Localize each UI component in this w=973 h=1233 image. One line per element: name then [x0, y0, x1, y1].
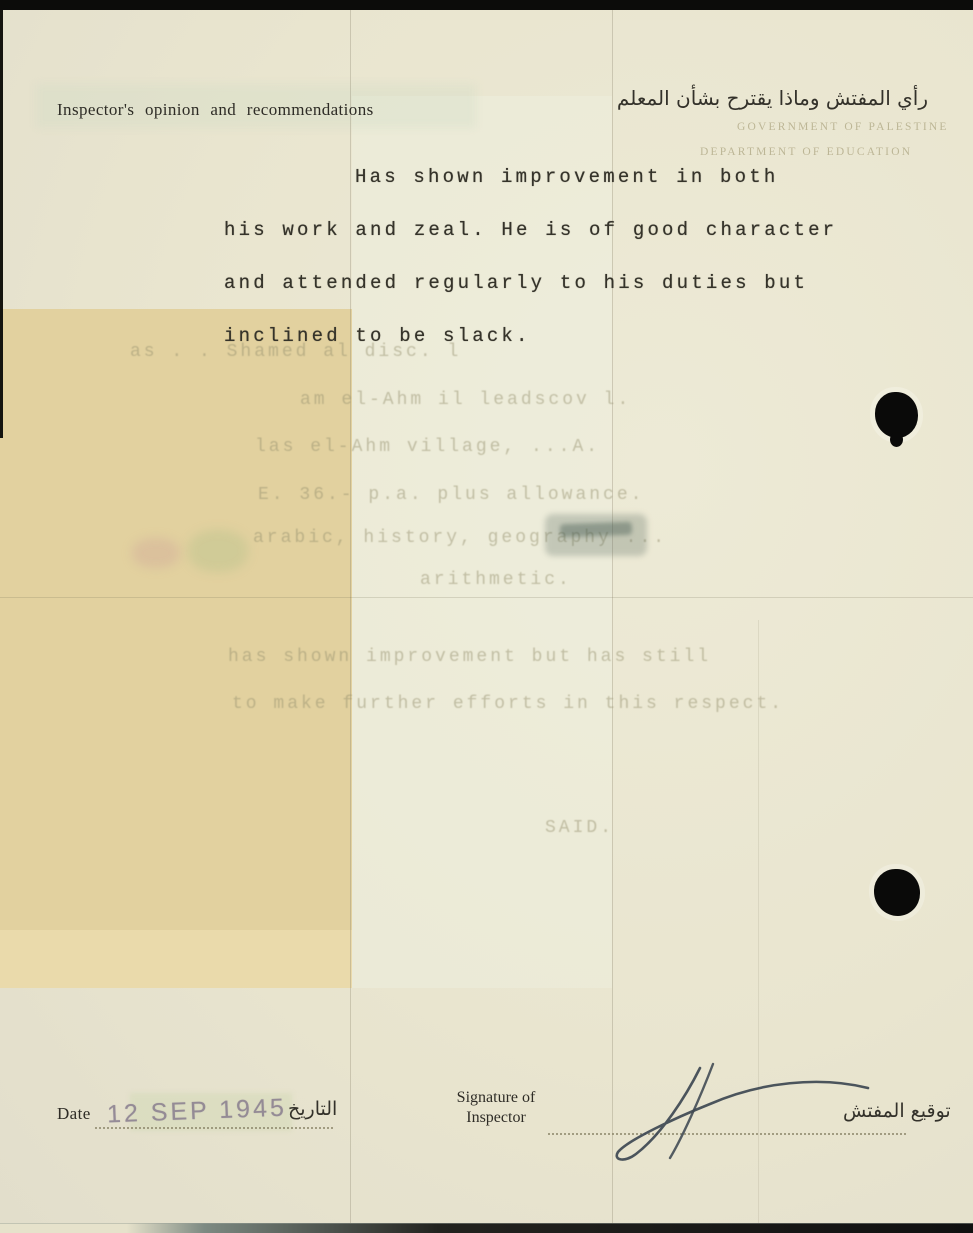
date-label-arabic: التاريخ — [288, 1098, 337, 1120]
stamp-remnant-pink — [132, 538, 180, 568]
ghost-header-line: DEPARTMENT OF EDUCATION — [700, 146, 912, 158]
ghost-text-line: arithmetic. — [420, 570, 572, 590]
ghost-header-line: GOVERNMENT OF PALESTINE — [737, 121, 949, 133]
stamp-remnant-green — [188, 530, 248, 572]
hole-punch-top — [875, 392, 918, 438]
vertical-crease — [350, 10, 351, 1223]
hole-punch-bottom — [874, 869, 920, 916]
section-title-english: Inspector's opinion and recommendations — [57, 100, 374, 120]
ink-smudge-core — [560, 522, 632, 538]
date-label: Date — [57, 1104, 91, 1124]
signature-label: Signature of Inspector — [428, 1088, 564, 1128]
opinion-text-line: inclined to be slack. — [224, 325, 531, 347]
ghost-text-line: am el-Ahm il leadscov l. — [300, 390, 631, 410]
signature-label-line1: Signature of — [428, 1088, 564, 1108]
scan-edge-top — [0, 0, 973, 10]
ghost-text-line: has shown improvement but has still — [228, 647, 711, 667]
horizontal-crease — [0, 597, 973, 598]
signature-label-arabic: توقيع المفتش — [843, 1100, 951, 1122]
opinion-text-line: his work and zeal. He is of good charact… — [224, 219, 837, 241]
ghost-text-line: to make further efforts in this respect. — [232, 694, 784, 714]
section-title-arabic: رأي المفتش وماذا يقترح بشأن المعلم — [617, 86, 928, 110]
signature-label-line2: Inspector — [428, 1108, 564, 1128]
scanned-document-page: GOVERNMENT OF PALESTINEDEPARTMENT OF EDU… — [0, 0, 973, 1233]
ghost-text-line: E. 36.- p.a. plus allowance. — [258, 485, 644, 505]
vertical-crease — [612, 10, 613, 1223]
ghost-text-line: las el-Ahm village, ...A. — [255, 437, 600, 457]
ghost-text-line: SAID. — [545, 818, 614, 838]
scan-edge-left — [0, 10, 3, 438]
opinion-text-line: and attended regularly to his duties but — [224, 272, 808, 294]
scan-edge-bottom — [0, 1223, 973, 1233]
opinion-text-line: Has shown improvement in both — [355, 166, 778, 188]
